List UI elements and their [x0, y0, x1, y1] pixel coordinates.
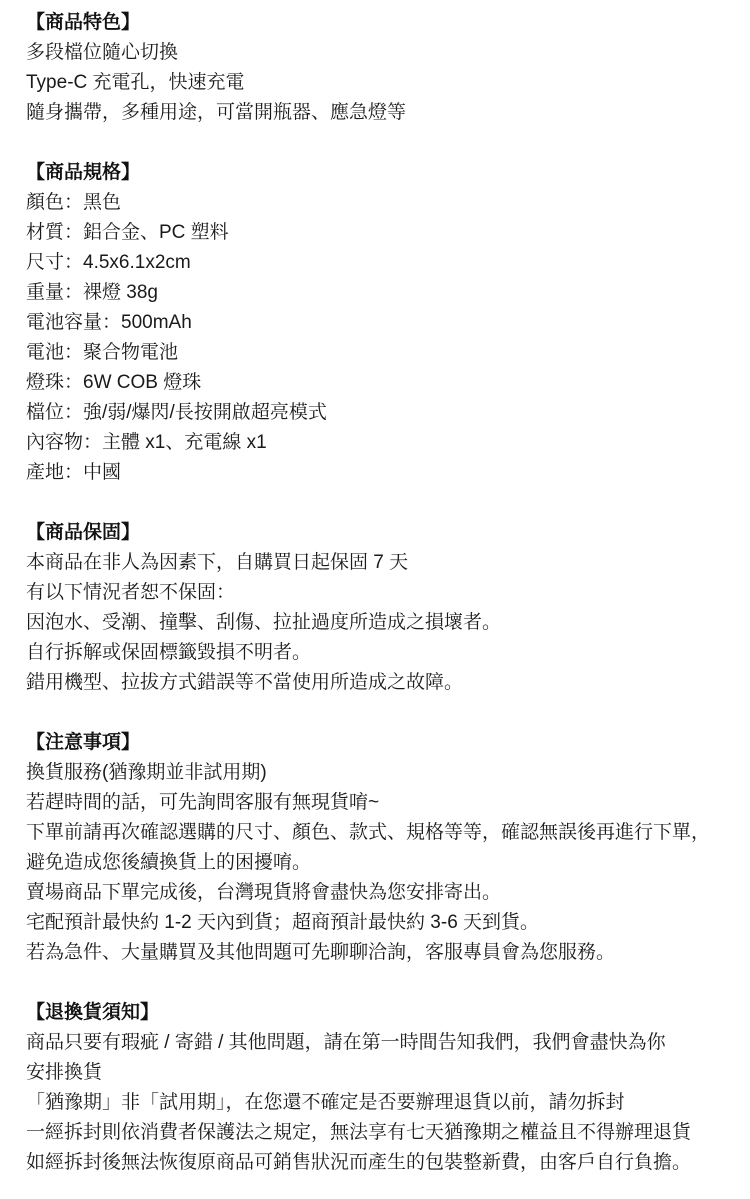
section-heading: 【商品特色】: [26, 8, 730, 38]
text-line: 多段檔位隨心切換: [26, 38, 730, 68]
spec-line-battery-type: 電池：聚合物電池: [26, 338, 730, 368]
text-line: 若趕時間的話，可先詢問客服有無現貨唷~: [26, 788, 730, 818]
section-heading: 【退換貨須知】: [26, 998, 730, 1028]
spec-line-battery-capacity: 電池容量：500mAh: [26, 308, 730, 338]
section-heading: 【注意事項】: [26, 728, 730, 758]
spec-line-material: 材質：鋁合金、PC 塑料: [26, 218, 730, 248]
text-line: 如經拆封後無法恢復原商品可銷售狀況而產生的包裝整新費，由客戶自行負擔。: [26, 1148, 730, 1178]
section-heading: 【商品保固】: [26, 518, 730, 548]
spec-line-modes: 檔位：強/弱/爆閃/長按開啟超亮模式: [26, 398, 730, 428]
text-line: 若為急件、大量購買及其他問題可先聊聊洽詢，客服專員會為您服務。: [26, 938, 730, 968]
text-line: 商品只要有瑕疵 / 寄錯 / 其他問題，請在第一時間告知我們，我們會盡快為你: [26, 1028, 730, 1058]
spec-line-origin: 產地：中國: [26, 458, 730, 488]
text-line: 下單前請再次確認選購的尺寸、顏色、款式、規格等等，確認無誤後再進行下單，: [26, 818, 730, 848]
text-line: 「猶豫期」非「試用期」，在您還不確定是否要辦理退貨以前，請勿拆封: [26, 1088, 730, 1118]
spec-line-color: 顏色：黑色: [26, 188, 730, 218]
text-line: 錯用機型、拉拔方式錯誤等不當使用所造成之故障。: [26, 668, 730, 698]
product-description: 【商品特色】 多段檔位隨心切換 Type-C 充電孔，快速充電 隨身攜帶，多種用…: [0, 0, 750, 1199]
text-line: 賣場商品下單完成後，台灣現貨將會盡快為您安排寄出。: [26, 878, 730, 908]
section-warranty: 【商品保固】 本商品在非人為因素下，自購買日起保固 7 天 有以下情況者恕不保固…: [26, 518, 730, 698]
section-product-features: 【商品特色】 多段檔位隨心切換 Type-C 充電孔，快速充電 隨身攜帶，多種用…: [26, 8, 730, 128]
section-return-policy: 【退換貨須知】 商品只要有瑕疵 / 寄錯 / 其他問題，請在第一時間告知我們，我…: [26, 998, 730, 1178]
text-line: 換貨服務(猶豫期並非試用期): [26, 758, 730, 788]
spec-line-weight: 重量：裸燈 38g: [26, 278, 730, 308]
text-line: 因泡水、受潮、撞擊、刮傷、拉扯過度所造成之損壞者。: [26, 608, 730, 638]
text-line: 隨身攜帶，多種用途，可當開瓶器、應急燈等: [26, 98, 730, 128]
section-product-specs: 【商品規格】 顏色：黑色 材質：鋁合金、PC 塑料 尺寸：4.5x6.1x2cm…: [26, 158, 730, 488]
text-line: Type-C 充電孔，快速充電: [26, 68, 730, 98]
spec-line-contents: 內容物：主體 x1、充電線 x1: [26, 428, 730, 458]
section-heading: 【商品規格】: [26, 158, 730, 188]
spec-line-led: 燈珠：6W COB 燈珠: [26, 368, 730, 398]
text-line: 自行拆解或保固標籤毀損不明者。: [26, 638, 730, 668]
text-line: 有以下情況者恕不保固：: [26, 578, 730, 608]
text-line: 安排換貨: [26, 1058, 730, 1088]
text-line: 宅配預計最快約 1-2 天內到貨；超商預計最快約 3-6 天到貨。: [26, 908, 730, 938]
text-line: 一經拆封則依消費者保護法之規定，無法享有七天猶豫期之權益且不得辦理退貨: [26, 1118, 730, 1148]
text-line: 避免造成您後續換貨上的困擾唷。: [26, 848, 730, 878]
section-precautions: 【注意事項】 換貨服務(猶豫期並非試用期) 若趕時間的話，可先詢問客服有無現貨唷…: [26, 728, 730, 968]
spec-line-size: 尺寸：4.5x6.1x2cm: [26, 248, 730, 278]
text-line: 本商品在非人為因素下，自購買日起保固 7 天: [26, 548, 730, 578]
